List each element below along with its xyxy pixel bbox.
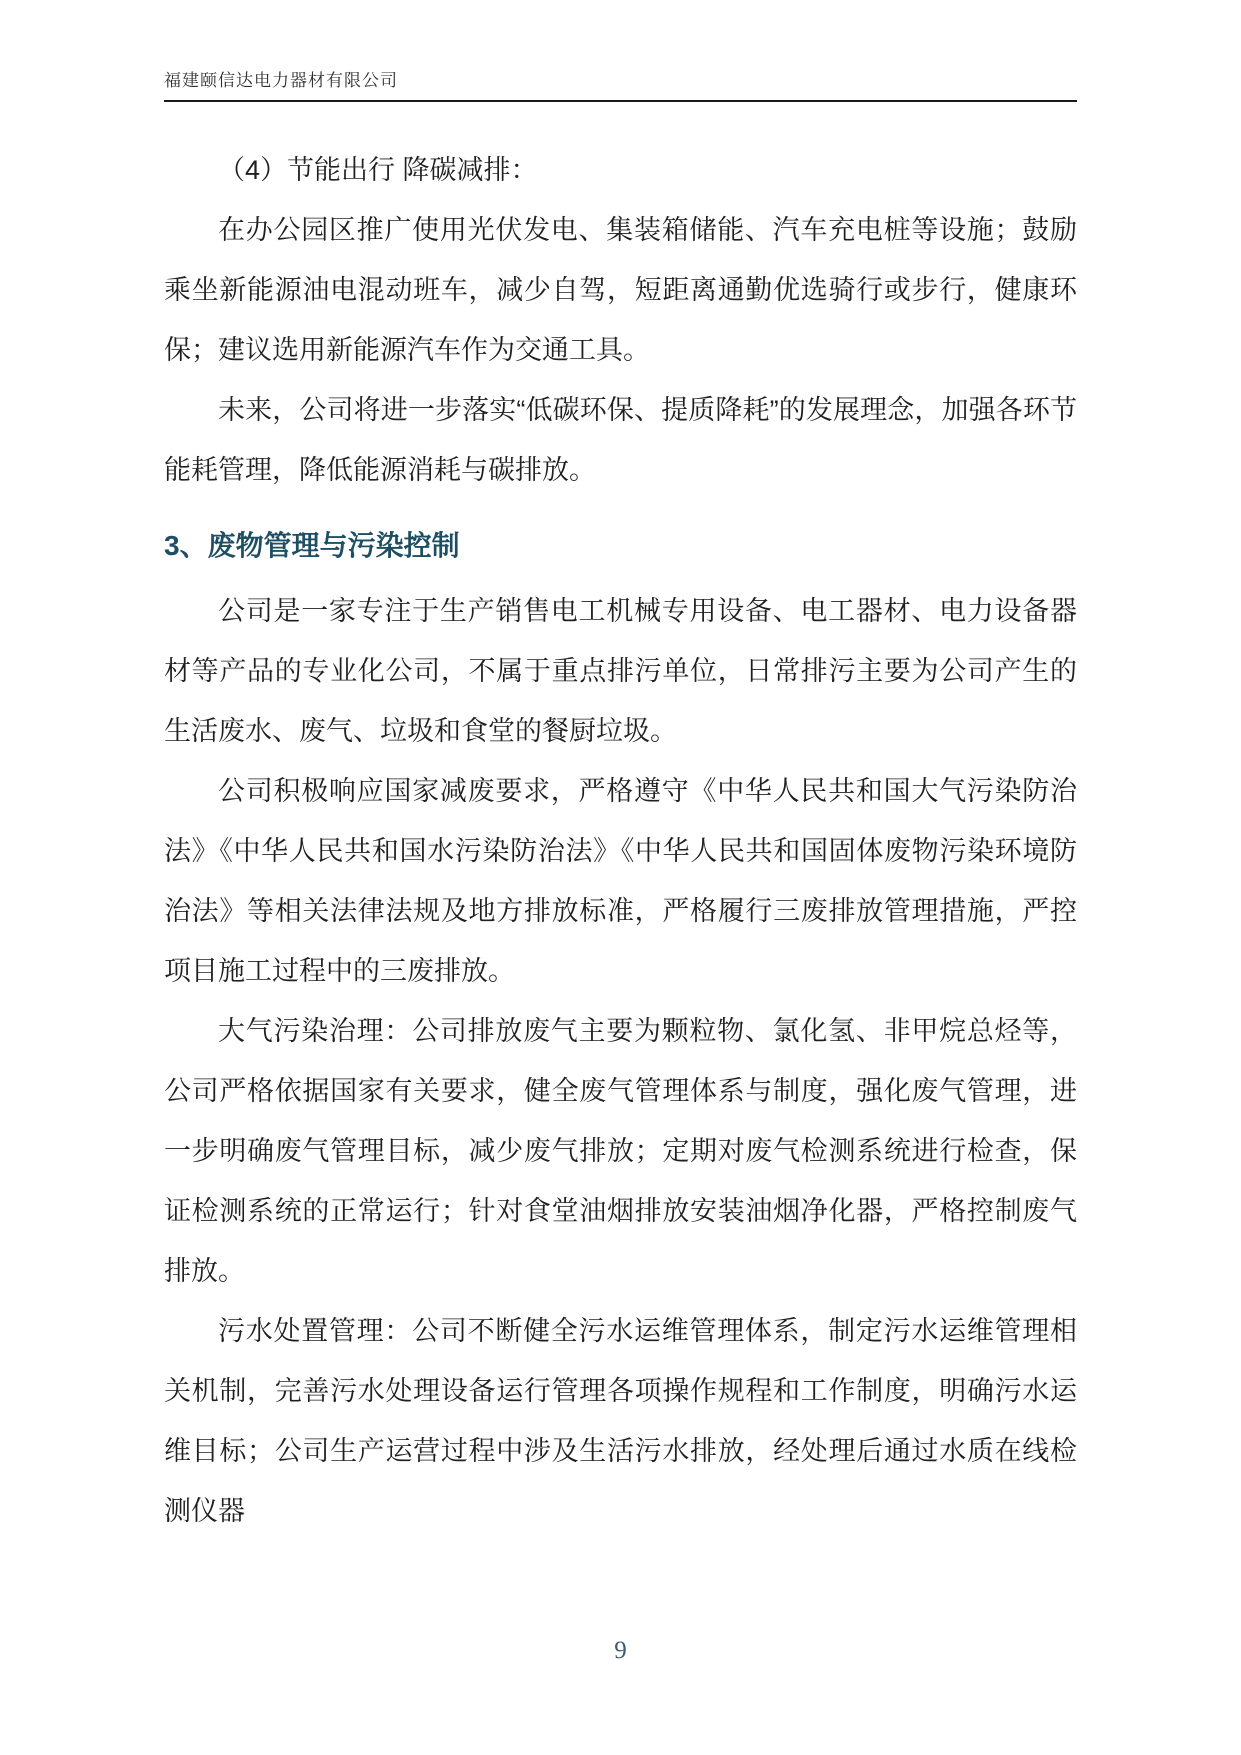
paragraph: 公司是一家专注于生产销售电工机械专用设备、电工器材、电力设备器材等产品的专业化公… bbox=[164, 581, 1077, 761]
page-number: 9 bbox=[0, 1637, 1241, 1665]
document-page: 福建颐信达电力器材有限公司 （4）节能出行 降碳减排： 在办公园区推广使用光伏发… bbox=[0, 0, 1241, 1755]
paragraph: 大气污染治理：公司排放废气主要为颗粒物、氯化氢、非甲烷总烃等，公司严格依据国家有… bbox=[164, 1001, 1077, 1301]
document-body: （4）节能出行 降碳减排： 在办公园区推广使用光伏发电、集装箱储能、汽车充电桩等… bbox=[164, 140, 1077, 1541]
paragraph: 在办公园区推广使用光伏发电、集装箱储能、汽车充电桩等设施；鼓励乘坐新能源油电混动… bbox=[164, 200, 1077, 380]
paragraph: 公司积极响应国家减废要求，严格遵守《中华人民共和国大气污染防治法》《中华人民共和… bbox=[164, 761, 1077, 1001]
section-heading: 3、废物管理与污染控制 bbox=[164, 516, 1077, 576]
sub-item-heading: （4）节能出行 降碳减排： bbox=[164, 140, 1077, 200]
paragraph: 未来，公司将进一步落实“低碳环保、提质降耗”的发展理念，加强各环节能耗管理，降低… bbox=[164, 380, 1077, 500]
company-name: 福建颐信达电力器材有限公司 bbox=[164, 71, 398, 90]
paragraph: 污水处置管理：公司不断健全污水运维管理体系，制定污水运维管理相关机制，完善污水处… bbox=[164, 1301, 1077, 1541]
page-header: 福建颐信达电力器材有限公司 bbox=[164, 66, 1077, 102]
